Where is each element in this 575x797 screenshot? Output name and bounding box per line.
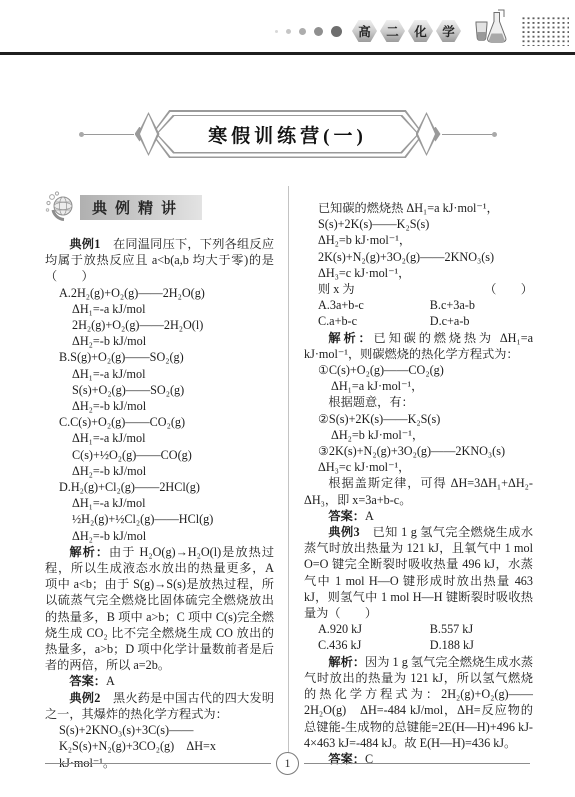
emphasis-label: 解析： <box>328 655 365 669</box>
text-line: 2H₂(g)+O₂(g)——2H₂O(l) <box>45 317 274 333</box>
text-line: 典例3 已知 1 g 氢气完全燃烧生成水蒸气时放出热量为 121 kJ，且氧气中… <box>304 524 533 621</box>
banner-line <box>442 134 492 135</box>
section-header: 典例精讲 <box>45 186 274 228</box>
banner-diamond <box>416 112 438 156</box>
text-line: ③2K(s)+N₂(g)+3O₂(g)——2KNO₃(s) <box>304 443 533 459</box>
text-line: C.436 kJD.188 kJ <box>304 637 533 653</box>
footer-line <box>45 763 271 764</box>
text-line: D.H₂(g)+Cl₂(g)——2HCl(g) <box>45 479 274 495</box>
text-line: ΔH₂=-b kJ/mol <box>45 333 274 349</box>
text-line: 2K(s)+N₂(g)+3O₂(g)——2KNO₃(s) <box>304 249 533 265</box>
subject-hex: 高 <box>352 20 377 42</box>
text-line: 答案：A <box>304 508 533 524</box>
text-line: ②S(s)+2K(s)——K₂S(s) <box>304 411 533 427</box>
dot-icon <box>314 27 323 36</box>
banner-end-dot <box>492 132 497 137</box>
subject-hex: 二 <box>380 20 405 42</box>
text-line: A.920 kJB.557 kJ <box>304 621 533 637</box>
dot-matrix-decoration <box>521 16 569 46</box>
banner-line <box>84 134 134 135</box>
text-line: ΔH₁=-a kJ/mol <box>45 366 274 382</box>
page-footer: 1 <box>45 752 530 775</box>
text-line: S(s)+O₂(g)——SO₂(g) <box>45 382 274 398</box>
globe-icon <box>45 190 77 224</box>
text-line: ΔH₃=c kJ·mol⁻¹， <box>304 459 533 475</box>
right-text-blocks: 已知碳的燃烧热 ΔH₁=a kJ·mol⁻¹，S(s)+2K(s)——K₂S(s… <box>304 200 533 767</box>
header-rule <box>0 52 575 55</box>
emphasis-label: 典例2 <box>69 691 100 705</box>
subject-hex: 化 <box>408 20 433 42</box>
text-line: S(s)+2K(s)——K₂S(s) <box>304 216 533 232</box>
text-line: C.C(s)+O₂(g)——CO₂(g) <box>45 414 274 430</box>
text-line: ΔH₃=c kJ·mol⁻¹， <box>304 265 533 281</box>
title-banner: 寒假训练营(一) <box>0 110 575 158</box>
emphasis-label: 解析： <box>328 331 373 345</box>
dot-icon <box>275 30 278 33</box>
page-header: 高 二 化 学 <box>0 10 569 52</box>
text-line: C.a+b-cD.c+a-b <box>304 313 533 329</box>
text-line: 则 x 为（ ） <box>304 281 533 297</box>
emphasis-label: 解析： <box>69 545 109 559</box>
text-line: 解析：因为 1 g 氢气完全燃烧生成水蒸气时放出的热量为 121 kJ，所以氢气… <box>304 654 533 751</box>
text-line: ΔH₂=-b kJ/mol <box>45 528 274 544</box>
subject-hex: 学 <box>436 20 461 42</box>
emphasis-label: 答案： <box>328 509 365 523</box>
banner-title: 寒假训练营(一) <box>152 110 424 158</box>
text-line: B.S(g)+O₂(g)——SO₂(g) <box>45 349 274 365</box>
left-column: 典例精讲 典例1 在同温同压下，下列各组反应均属于放热反应且 a<b(a,b 均… <box>45 186 288 753</box>
dot-icon <box>286 29 291 34</box>
left-text-blocks: 典例1 在同温同压下，下列各组反应均属于放热反应且 a<b(a,b 均大于零)的… <box>45 236 274 771</box>
text-line: 解析：已知碳的燃烧热为 ΔH₁=a kJ·mol⁻¹，则碳燃烧的热化学方程式为： <box>304 330 533 362</box>
text-line: ①C(s)+O₂(g)——CO₂(g) <box>304 362 533 378</box>
subject-badge: 高 二 化 学 <box>352 20 461 42</box>
emphasis-label: 典例3 <box>328 525 359 539</box>
banner-frame: 寒假训练营(一) <box>152 110 424 158</box>
text-line: ΔH₁=a kJ·mol⁻¹， <box>304 378 533 394</box>
text-line: 已知碳的燃烧热 ΔH₁=a kJ·mol⁻¹， <box>304 200 533 216</box>
content-columns: 典例精讲 典例1 在同温同压下，下列各组反应均属于放热反应且 a<b(a,b 均… <box>45 186 533 753</box>
dot-icon <box>299 28 306 35</box>
emphasis-label: 典例1 <box>69 237 100 251</box>
lab-glassware-icon <box>468 9 514 53</box>
section-title: 典例精讲 <box>80 195 202 220</box>
text-line: ΔH₂=b kJ·mol⁻¹， <box>304 427 533 443</box>
text-line: ΔH₂=-b kJ/mol <box>45 398 274 414</box>
text-line: C(s)+½O₂(g)——CO(g) <box>45 447 274 463</box>
text-line: 根据盖斯定律，可得 ΔH=3ΔH₁+ΔH₂-ΔH₃，即 x=3a+b-c。 <box>304 475 533 507</box>
right-column: 已知碳的燃烧热 ΔH₁=a kJ·mol⁻¹，S(s)+2K(s)——K₂S(s… <box>289 186 533 753</box>
text-line: ΔH₂=b kJ·mol⁻¹， <box>304 232 533 248</box>
text-line: 解析：由于 H₂O(g)→H₂O(l)是放热过程，所以生成液态水放出的热量更多，… <box>45 544 274 674</box>
text-line: ΔH₁=-a kJ/mol <box>45 495 274 511</box>
text-line: A.2H₂(g)+O₂(g)——2H₂O(g) <box>45 285 274 301</box>
text-line: ½H₂(g)+½Cl₂(g)——HCl(g) <box>45 511 274 527</box>
text-line: ΔH₁=-a kJ/mol <box>45 301 274 317</box>
text-line: A.3a+b-cB.c+3a-b <box>304 297 533 313</box>
banner-diamond <box>138 112 160 156</box>
text-line: 典例1 在同温同压下，下列各组反应均属于放热反应且 a<b(a,b 均大于零)的… <box>45 236 274 285</box>
footer-line <box>304 763 530 764</box>
emphasis-label: 答案： <box>69 674 106 688</box>
text-line: ΔH₁=-a kJ/mol <box>45 430 274 446</box>
text-line: 根据题意，有： <box>304 394 533 410</box>
text-line: 典例2 黑火药是中国古代的四大发明之一，其爆炸的热化学方程式为： <box>45 690 274 722</box>
text-line: 答案：A <box>45 673 274 689</box>
text-line: ΔH₂=-b kJ/mol <box>45 463 274 479</box>
dots-decoration <box>275 26 342 37</box>
page-number: 1 <box>276 752 299 775</box>
dot-icon <box>331 26 342 37</box>
